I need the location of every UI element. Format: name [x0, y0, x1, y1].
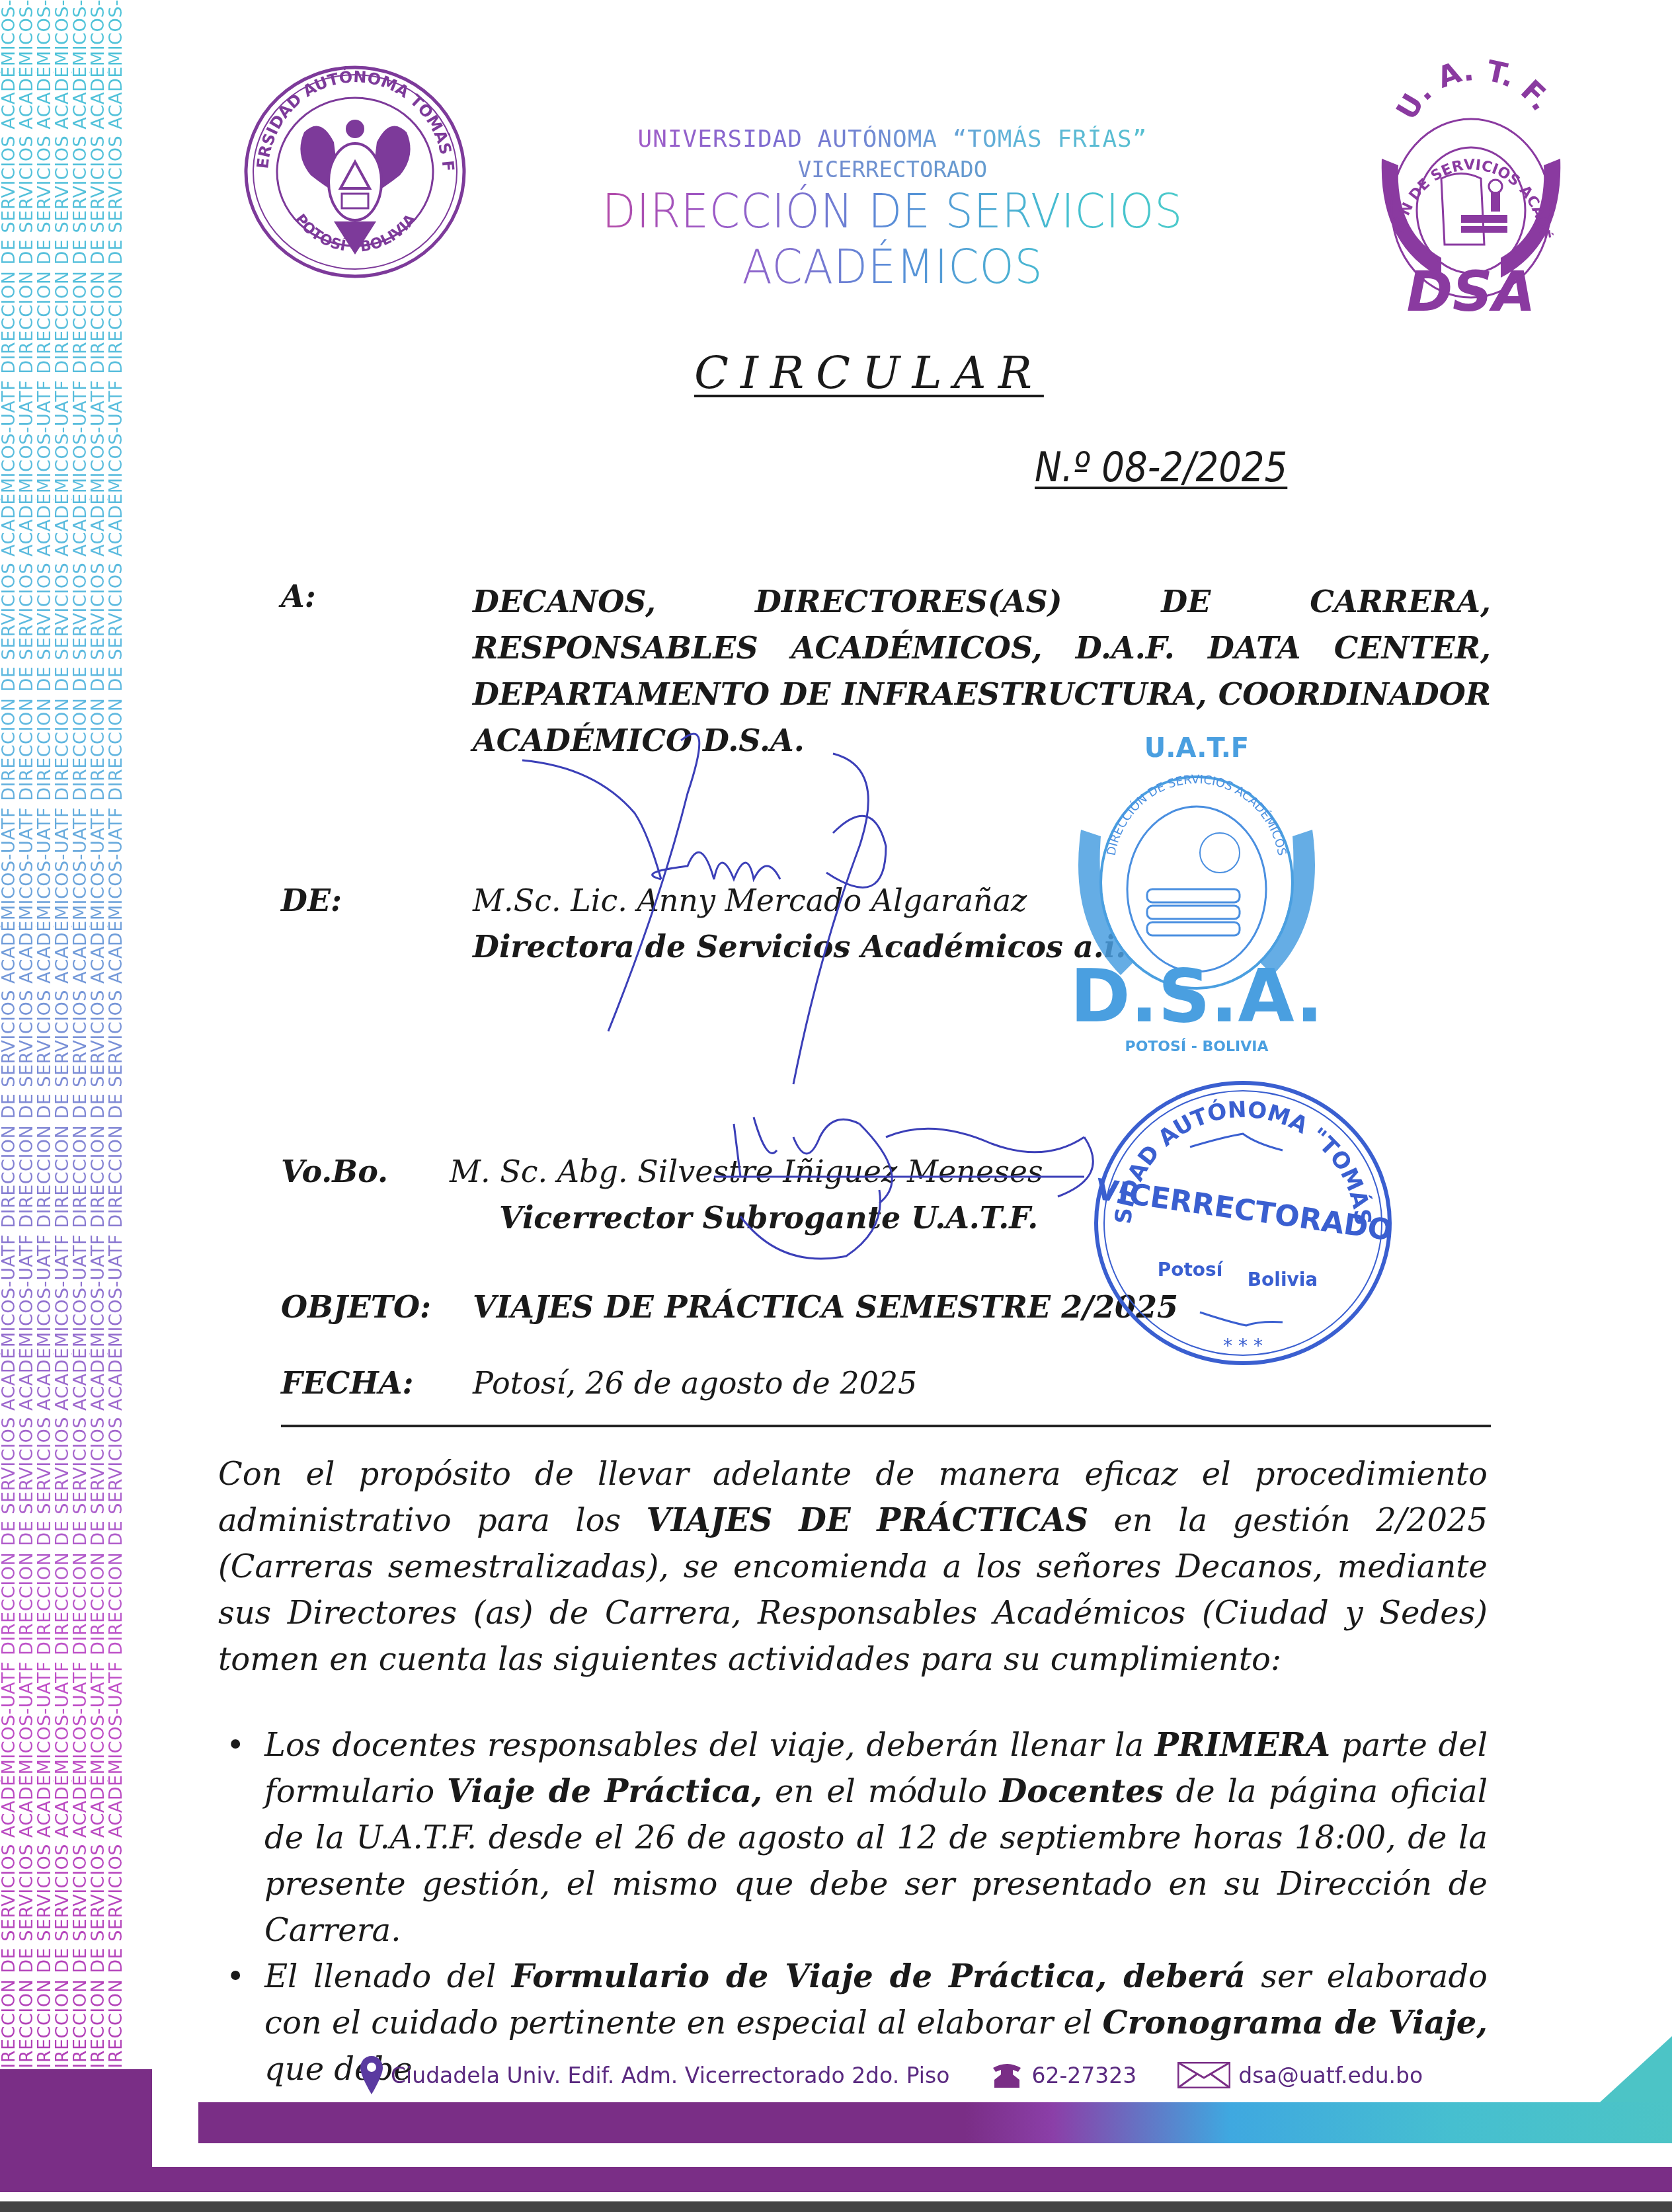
- phone-link[interactable]: 62-27323: [1031, 2063, 1136, 2088]
- svg-text:POTOSÍ - BOLIVIA: POTOSÍ - BOLIVIA: [1125, 1038, 1269, 1054]
- svg-text:* * *: * * *: [1223, 1335, 1263, 1357]
- vobo-title: Vicerrector Subrogante U.A.T.F.: [499, 1200, 1038, 1236]
- emphasis-caps: VIAJES DE PRÁCTICAS: [647, 1502, 1089, 1539]
- bullet-icon: •: [226, 1954, 245, 2000]
- svg-text:DIRECCIÓN DE SERVICIOS ACADÉMI: DIRECCIÓN DE SERVICIOS ACADÉMICOS: [1105, 773, 1289, 857]
- intro-paragraph: Con el propósito de llevar adelante de m…: [218, 1451, 1488, 1682]
- svg-text:D.S.A.: D.S.A.: [1070, 954, 1323, 1039]
- document-title: CIRCULAR: [694, 347, 1044, 399]
- dsa-stamp: U.A.T.F DIRECCIÓN DE SERVICIOS ACADÉMICO…: [1061, 724, 1326, 1057]
- to-label: A:: [281, 578, 316, 614]
- list-item: • Los docentes responsables del viaje, d…: [218, 1722, 1488, 1954]
- footer-phone: 62-27323: [990, 2061, 1136, 2089]
- university-seal-logo: UNIVERSIDAD AUTÓNOMA TOMÁS FRÍAS POTOSÍ …: [241, 63, 469, 281]
- from-title: Directora de Servicios Académicos a.i.: [473, 929, 1126, 965]
- watermark-column: DIRECCIÓN DE SERVICIOS ACADÉMICOS-UATF D…: [54, 0, 71, 2082]
- letterhead: UNIVERSIDAD AUTÓNOMA “TOMÁS FRÍAS” VICER…: [516, 126, 1269, 294]
- vicerrector-signature: [714, 1097, 1124, 1296]
- svg-text:Potosí: Potosí: [1158, 1259, 1224, 1281]
- corner-teal-accent: [1593, 2036, 1672, 2109]
- date-label: FECHA:: [281, 1365, 413, 1401]
- vobo-name: M. Sc. Abg. Silvestre Iñiguez Meneses: [450, 1154, 1043, 1189]
- watermark-column: DIRECCIÓN DE SERVICIOS ACADÉMICOS-UATF D…: [107, 0, 125, 2082]
- watermark-column: DIRECCIÓN DE SERVICIOS ACADÉMICOS-UATF D…: [71, 0, 89, 2082]
- svg-text:U. A. T. F.: U. A. T. F.: [1390, 59, 1558, 126]
- scan-edge: [0, 2201, 1672, 2212]
- watermark-column: DIRECCIÓN DE SERVICIOS ACADÉMICOS-UATF D…: [36, 0, 54, 2082]
- dsa-logo: U. A. T. F. DIRECCIÓN DE SERVICIOS ACADÉ…: [1362, 59, 1580, 317]
- separator-line: [281, 1425, 1491, 1427]
- vicerrectorado-label: VICERRECTORADO: [516, 157, 1269, 183]
- footer-gradient-bar: [198, 2102, 1672, 2143]
- side-watermark-strip: DIRECCIÓN DE SERVICIOS ACADÉMICOS-UATF D…: [0, 0, 142, 2082]
- from-name: M.Sc. Lic. Anny Mercado Algarañaz: [473, 883, 1027, 918]
- svg-text:Bolivia: Bolivia: [1248, 1269, 1318, 1290]
- footer-address: Ciudadela Univ. Edif. Adm. Vicerrectorad…: [360, 2056, 949, 2094]
- bullet-icon: •: [226, 1722, 245, 1768]
- circular-number: N.º 08-2/2025: [1035, 443, 1287, 491]
- corner-purple-block: [0, 2069, 152, 2175]
- vobo-label: Vo.Bo.: [281, 1154, 388, 1189]
- activities-list: • Los docentes responsables del viaje, d…: [218, 1722, 1488, 2092]
- svg-text:U.A.T.F: U.A.T.F: [1144, 733, 1249, 764]
- envelope-icon: [1177, 2062, 1230, 2088]
- footer-contact: Ciudadela Univ. Edif. Adm. Vicerrectorad…: [360, 2056, 1454, 2094]
- subject-value: VIAJES DE PRÁCTICA SEMESTRE 2/2025: [473, 1289, 1178, 1325]
- map-pin-icon: [360, 2056, 383, 2094]
- direction-name: DIRECCIÓN DE SERVICIOS ACADÉMICOS: [546, 183, 1240, 294]
- from-label: DE:: [281, 883, 342, 918]
- footer-bottom-bar: [0, 2167, 1672, 2192]
- watermark-column: DIRECCIÓN DE SERVICIOS ACADÉMICOS-UATF D…: [89, 0, 107, 2082]
- telephone-icon: [990, 2061, 1023, 2089]
- watermark-column: DIRECCIÓN DE SERVICIOS ACADÉMICOS-UATF D…: [0, 0, 18, 2082]
- svg-text:DSA: DSA: [1406, 259, 1535, 317]
- university-name: UNIVERSIDAD AUTÓNOMA “TOMÁS FRÍAS”: [516, 126, 1269, 153]
- email-link[interactable]: dsa@uatf.edu.bo: [1238, 2063, 1423, 2088]
- footer-email: dsa@uatf.edu.bo: [1177, 2062, 1423, 2088]
- date-value: Potosí, 26 de agosto de 2025: [473, 1365, 917, 1401]
- to-recipients: DECANOS, DIRECTORES(AS) DE CARRERA, RESP…: [473, 578, 1491, 764]
- vicerrectorado-stamp: UNIVERSIDAD AUTÓNOMA "TOMÁS FRÍAS" VICER…: [1084, 1071, 1402, 1378]
- subject-label: OBJETO:: [281, 1289, 431, 1325]
- watermark-column: DIRECCIÓN DE SERVICIOS ACADÉMICOS-UATF D…: [18, 0, 36, 2082]
